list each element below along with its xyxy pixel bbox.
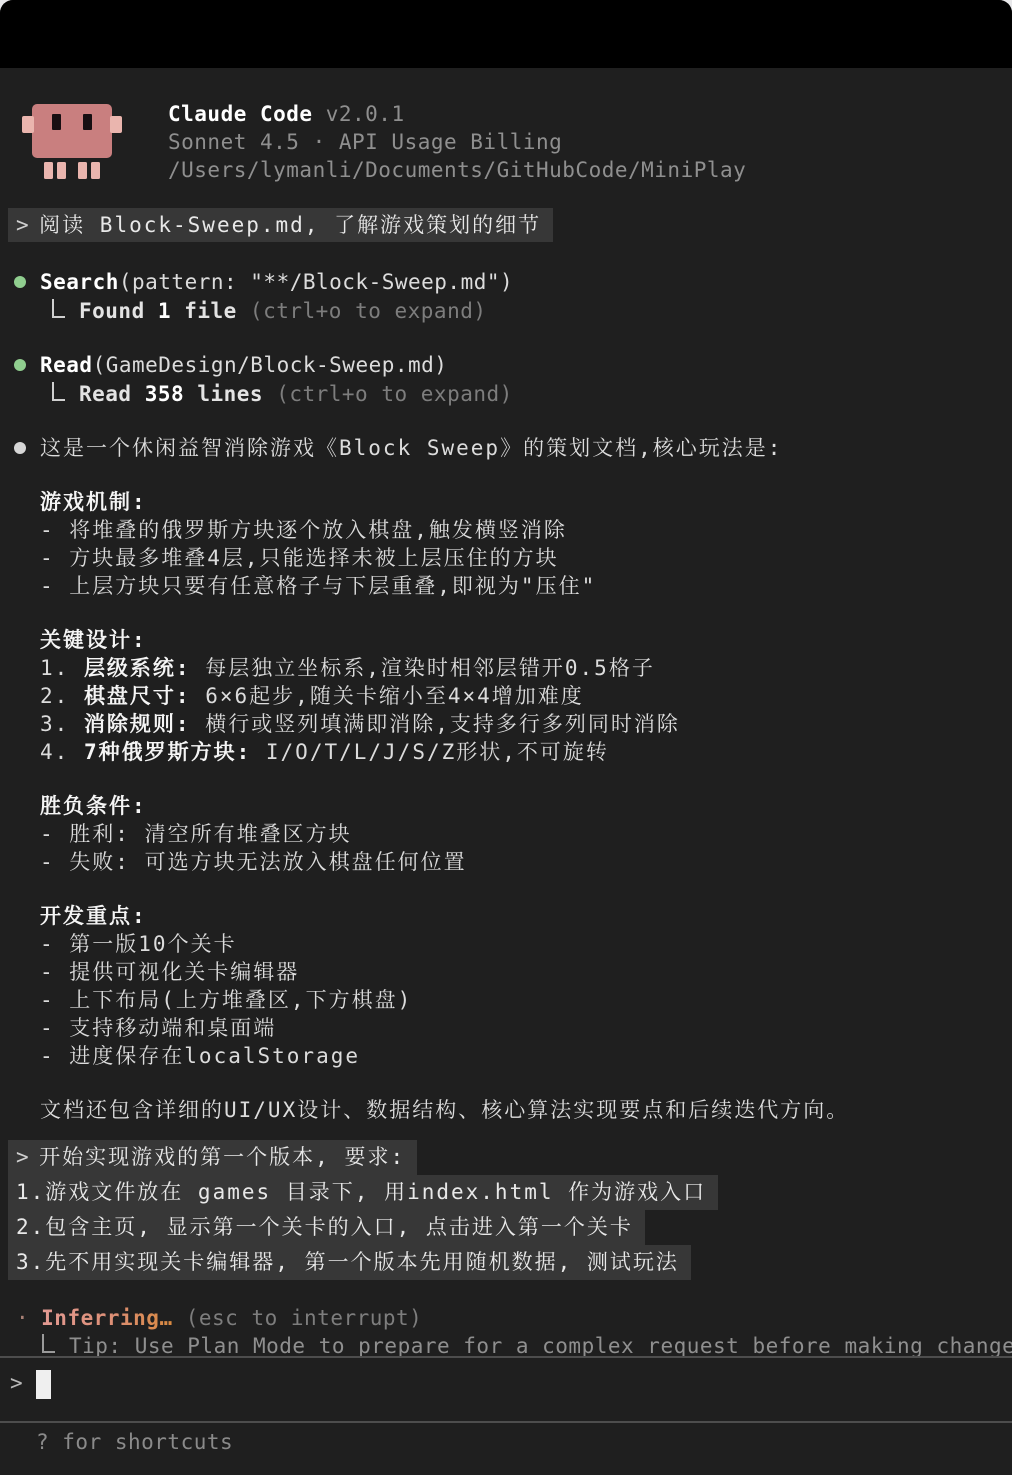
assistant-bullet-icon bbox=[14, 442, 26, 454]
section-line: 4. 7种俄罗斯方块: I/O/T/L/J/S/Z形状,不可旋转 bbox=[40, 738, 1002, 766]
tool-args: (GameDesign/Block-Sweep.md) bbox=[93, 353, 448, 377]
app-header: Claude Code v2.0.1 Sonnet 4.5 · API Usag… bbox=[22, 100, 1002, 188]
result-text: Found bbox=[79, 299, 145, 323]
section-heading: 开发重点: bbox=[40, 902, 1002, 930]
tool-result: Read 358 lines (ctrl+o to expand) bbox=[40, 380, 1002, 408]
section-line: - 将堆叠的俄罗斯方块逐个放入棋盘,触发横竖消除 bbox=[40, 516, 1002, 544]
result-count: 1 bbox=[158, 299, 171, 323]
status-hint: (esc to interrupt) bbox=[186, 1306, 423, 1330]
status-label: Inferring… bbox=[41, 1306, 172, 1330]
user-message-text: 开始实现游戏的第一个版本, 要求: bbox=[39, 1145, 405, 1169]
text-cursor bbox=[36, 1370, 51, 1399]
command-input[interactable]: > bbox=[0, 1356, 1012, 1423]
window-titlebar bbox=[0, 0, 1012, 68]
app-version: v2.0.1 bbox=[326, 102, 405, 126]
section-game-mechanics: 游戏机制: - 将堆叠的俄罗斯方块逐个放入棋盘,触发横竖消除 - 方块最多堆叠4… bbox=[40, 488, 1002, 600]
app-title: Claude Code bbox=[168, 102, 313, 126]
shortcuts-hint: ? for shortcuts bbox=[36, 1428, 233, 1456]
spinner-icon: · bbox=[16, 1306, 29, 1330]
user-message-text: 2.包含主页, 显示第一个关卡的入口, 点击进入第一个关卡 bbox=[8, 1210, 645, 1245]
tool-call-read: Read(GameDesign/Block-Sweep.md) Read 358… bbox=[8, 351, 1002, 408]
tool-name: Search bbox=[40, 270, 119, 294]
section-line: - 进度保存在localStorage bbox=[40, 1042, 1002, 1070]
section-heading: 游戏机制: bbox=[40, 488, 1002, 516]
tool-args: (pattern: "**/Block-Sweep.md") bbox=[119, 270, 513, 294]
section-line: - 支持移动端和桌面端 bbox=[40, 1014, 1002, 1042]
section-line: - 失败: 可选方块无法放入棋盘任何位置 bbox=[40, 848, 1002, 876]
terminal-content: Claude Code v2.0.1 Sonnet 4.5 · API Usag… bbox=[0, 100, 1012, 1360]
header-text: Claude Code v2.0.1 Sonnet 4.5 · API Usag… bbox=[168, 100, 746, 184]
section-line: - 胜利: 清空所有堆叠区方块 bbox=[40, 820, 1002, 848]
terminal-window: Claude Code v2.0.1 Sonnet 4.5 · API Usag… bbox=[0, 0, 1012, 1475]
section-line: 2. 棋盘尺寸: 6×6起步,随关卡缩小至4×4增加难度 bbox=[40, 682, 1002, 710]
user-message-2: >开始实现游戏的第一个版本, 要求: 1.游戏文件放在 games 目录下, 用… bbox=[8, 1140, 1002, 1280]
assistant-outro: 文档还包含详细的UI/UX设计、数据结构、核心算法实现要点和后续迭代方向。 bbox=[40, 1096, 1002, 1124]
section-line: - 方块最多堆叠4层,只能选择未被上层压住的方块 bbox=[40, 544, 1002, 572]
result-count: 358 bbox=[145, 382, 184, 406]
tool-bullet-icon bbox=[14, 276, 26, 288]
elbow-connector-icon bbox=[52, 382, 65, 401]
result-text: file bbox=[184, 299, 237, 323]
user-message-text: 阅读 Block-Sweep.md, 了解游戏策划的细节 bbox=[39, 213, 541, 237]
section-line: 1. 层级系统: 每层独立坐标系,渲染时相邻层错开0.5格子 bbox=[40, 654, 1002, 682]
assistant-message: 这是一个休闲益智消除游戏《Block Sweep》的策划文档,核心玩法是: 游戏… bbox=[8, 434, 1002, 1124]
tool-result: Found 1 file (ctrl+o to expand) bbox=[40, 297, 1002, 325]
expand-hint: (ctrl+o to expand) bbox=[276, 382, 513, 406]
result-text: lines bbox=[197, 382, 263, 406]
section-line: - 上层方块只要有任意格子与下层重叠,即视为"压住" bbox=[40, 572, 1002, 600]
tool-bullet-icon bbox=[14, 359, 26, 371]
user-message-1: >阅读 Block-Sweep.md, 了解游戏策划的细节 bbox=[8, 208, 1002, 242]
section-line: - 第一版10个关卡 bbox=[40, 930, 1002, 958]
section-line: - 提供可视化关卡编辑器 bbox=[40, 958, 1002, 986]
tool-call-search: Search(pattern: "**/Block-Sweep.md") Fou… bbox=[8, 268, 1002, 325]
section-line: 3. 消除规则: 横行或竖列填满即消除,支持多行多列同时消除 bbox=[40, 710, 1002, 738]
expand-hint: (ctrl+o to expand) bbox=[250, 299, 487, 323]
result-text: Read bbox=[79, 382, 132, 406]
workspace-path: /Users/lymanli/Documents/GitHubCode/Mini… bbox=[168, 156, 746, 184]
elbow-connector-icon bbox=[52, 299, 65, 318]
tool-name: Read bbox=[40, 353, 93, 377]
elbow-connector-icon bbox=[42, 1334, 55, 1353]
app-subtitle: Sonnet 4.5 · API Usage Billing bbox=[168, 128, 746, 156]
section-win-lose: 胜负条件: - 胜利: 清空所有堆叠区方块 - 失败: 可选方块无法放入棋盘任何… bbox=[40, 792, 1002, 876]
section-heading: 关键设计: bbox=[40, 626, 1002, 654]
user-message-text: 1.游戏文件放在 games 目录下, 用index.html 作为游戏入口 bbox=[8, 1175, 718, 1210]
prompt-caret: > bbox=[16, 1145, 29, 1169]
prompt-caret: > bbox=[16, 213, 29, 237]
status-area: ·Inferring… (esc to interrupt) Tip: Use … bbox=[8, 1304, 1002, 1360]
section-dev-focus: 开发重点: - 第一版10个关卡 - 提供可视化关卡编辑器 - 上下布局(上方堆… bbox=[40, 902, 1002, 1070]
assistant-intro: 这是一个休闲益智消除游戏《Block Sweep》的策划文档,核心玩法是: bbox=[40, 434, 1002, 462]
section-key-design: 关键设计: 1. 层级系统: 每层独立坐标系,渲染时相邻层错开0.5格子 2. … bbox=[40, 626, 1002, 766]
input-prompt-caret: > bbox=[10, 1371, 23, 1395]
user-message-text: 3.先不用实现关卡编辑器, 第一个版本先用随机数据, 测试玩法 bbox=[8, 1245, 691, 1280]
section-heading: 胜负条件: bbox=[40, 792, 1002, 820]
claude-code-mascot-icon bbox=[22, 100, 122, 188]
section-line: - 上下布局(上方堆叠区,下方棋盘) bbox=[40, 986, 1002, 1014]
